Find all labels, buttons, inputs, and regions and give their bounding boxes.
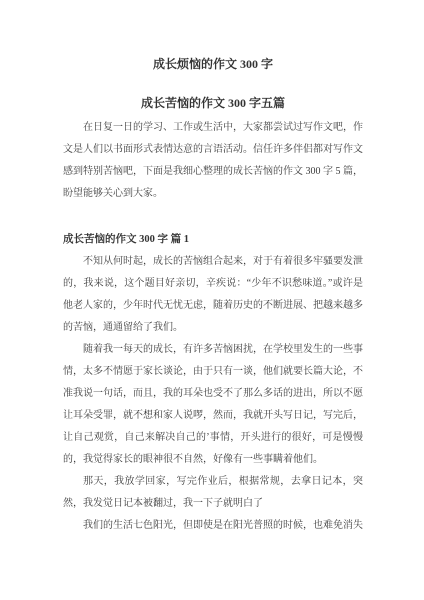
document-page: 成长烦恼的作文 300 字 成长苦恼的作文 300 字五篇 在日复一日的学习、工… [0,0,424,600]
document-title: 成长烦恼的作文 300 字 [63,57,363,71]
paragraph-1: 不知从何时起，成长的苦恼组合起来，对于有着很多牢骚要发泄的，我来说，这个题目好亲… [63,251,363,339]
document-subtitle: 成长苦恼的作文 300 字五篇 [63,96,363,110]
intro-paragraph: 在日复一日的学习、工作或生活中，大家都尝试过写作文吧，作文是人们以书面形式表情达… [63,117,363,205]
section-heading: 成长苦恼的作文 300 字 篇 1 [63,229,363,251]
paragraph-2: 随着我一每天的成长，有许多苦恼困扰，在学校里发生的一些事情，太多不情愿于家长谈论… [63,339,363,471]
paragraph-4: 我们的生活七色阳光，但即使是在阳光普照的时候，也难免消失 [63,515,363,537]
paragraph-3: 那天，我放学回家，写完作业后，根据常规，去拿日记本，突然，我发觉日记本被翻过，我… [63,471,363,515]
